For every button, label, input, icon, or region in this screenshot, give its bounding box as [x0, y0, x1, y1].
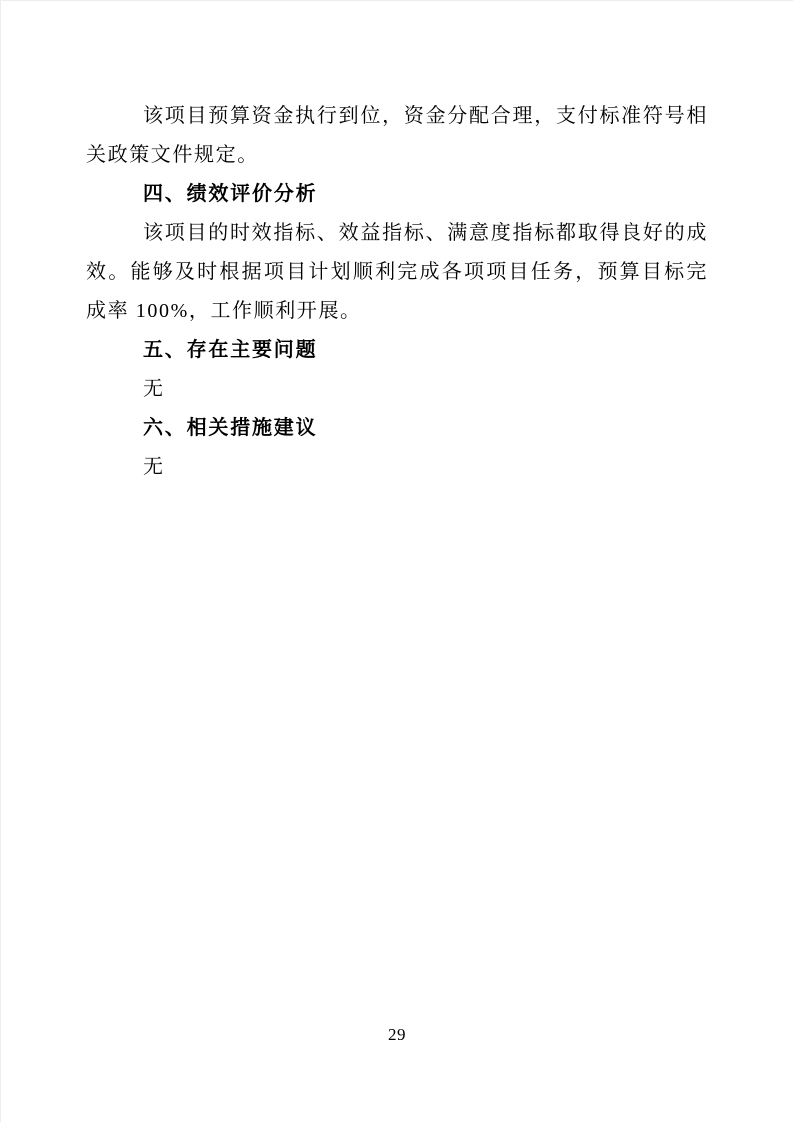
paragraph-main-problems-none: 无	[86, 370, 708, 409]
paragraph-budget-execution: 该项目预算资金执行到位，资金分配合理，支付标准符号相关政策文件规定。	[86, 97, 708, 175]
page-number: 29	[388, 1025, 406, 1044]
section-heading-5-main-problems: 五、存在主要问题	[86, 331, 708, 370]
section-heading-6-suggestions: 六、相关措施建议	[86, 409, 708, 448]
page-footer: 29	[1, 1025, 793, 1045]
paragraph-performance-analysis: 该项目的时效指标、效益指标、满意度指标都取得良好的成效。能够及时根据项目计划顺利…	[86, 214, 708, 331]
section-heading-4-performance-analysis: 四、绩效评价分析	[86, 175, 708, 214]
paragraph-suggestions-none: 无	[86, 448, 708, 487]
document-content: 该项目预算资金执行到位，资金分配合理，支付标准符号相关政策文件规定。 四、绩效评…	[86, 97, 708, 487]
document-page: 该项目预算资金执行到位，资金分配合理，支付标准符号相关政策文件规定。 四、绩效评…	[0, 0, 793, 1122]
